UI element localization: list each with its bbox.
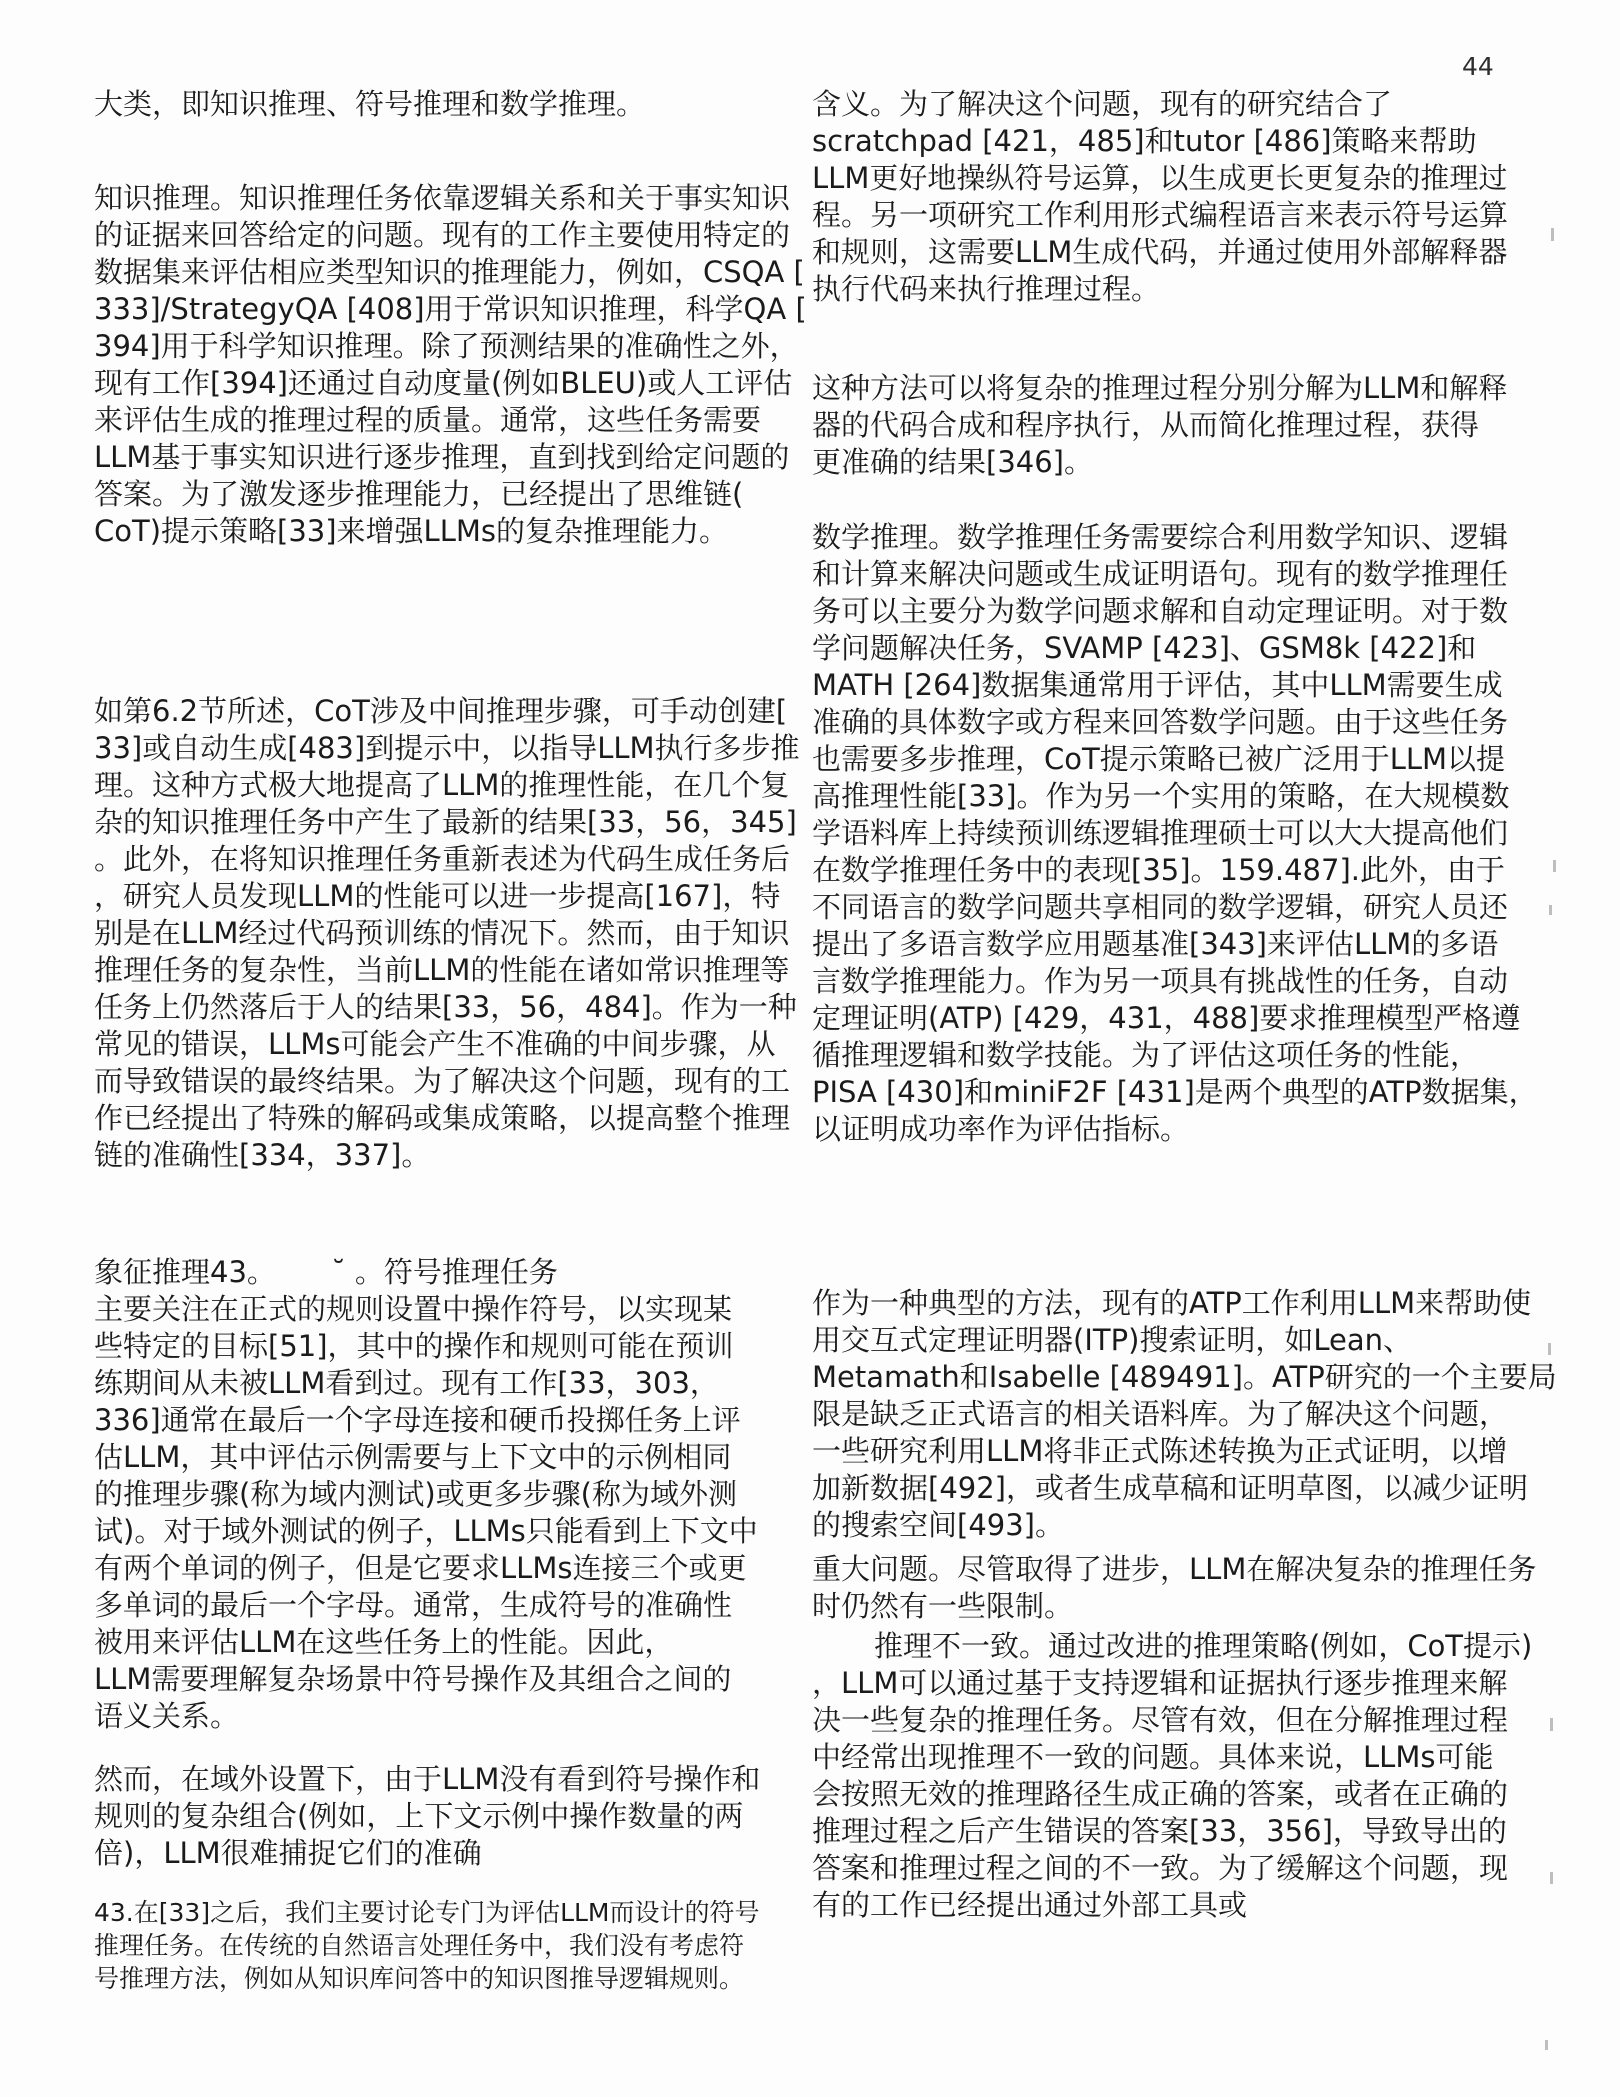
text-line: 试)。对于域外测试的例子，LLMs只能看到上下文中 xyxy=(94,1513,800,1550)
text-line: 336]通常在最后一个字母连接和硬币投掷任务上评 xyxy=(94,1402,800,1439)
paragraph-symbolic-scratchpad: 含义。为了解决这个问题，现有的研究结合了scratchpad [421，485]… xyxy=(812,86,1560,308)
text-line: 理。这种方式极大地提高了LLM的推理性能，在几个复 xyxy=(94,767,800,804)
text-line: 主要关注在正式的规则设置中操作符号，以实现某 xyxy=(94,1291,800,1328)
text-line: 加新数据[492]，或者生成草稿和证明草图，以减少证明 xyxy=(812,1470,1560,1507)
text-line: 这种方法可以将复杂的推理过程分别分解为LLM和解释 xyxy=(812,370,1560,407)
text-line: 务可以主要分为数学问题求解和自动定理证明。对于数 xyxy=(812,593,1560,630)
text-line: 394]用于科学知识推理。除了预测结果的准确性之外， xyxy=(94,328,800,365)
text-line: CoT)提示策略[33]来增强LLMs的复杂推理能力。 xyxy=(94,513,800,550)
text-line: 而导致错误的最终结果。为了解决这个问题，现有的工 xyxy=(94,1063,800,1100)
text-line: 中经常出现推理不一致的问题。具体来说，LLMs可能 xyxy=(812,1739,1560,1776)
text-line: LLM基于事实知识进行逐步推理，直到找到给定问题的 xyxy=(94,439,800,476)
text-line: 知识推理。知识推理任务依靠逻辑关系和关于事实知识 xyxy=(94,180,800,217)
text-line: 执行代码来执行推理过程。 xyxy=(812,271,1560,308)
scan-artifact xyxy=(1549,905,1552,915)
text-line: 语义关系。 xyxy=(94,1698,800,1735)
text-line: 在数学推理任务中的表现[35]。159.487].此外，由于 xyxy=(812,852,1560,889)
paragraph-symbolic-reasoning: 象征推理43。 ˘ 。符号推理任务主要关注在正式的规则设置中操作符号，以实现某些… xyxy=(94,1254,800,1735)
text-line: 链的准确性[334，337]。 xyxy=(94,1137,800,1174)
right-column: 含义。为了解决这个问题，现有的研究结合了scratchpad [421，485]… xyxy=(812,86,1560,1924)
scan-artifact xyxy=(1551,228,1554,241)
text-line: 重大问题。尽管取得了进步，LLM在解决复杂的推理任务 xyxy=(812,1551,1560,1588)
text-line: 数学推理。数学推理任务需要综合利用数学知识、逻辑 xyxy=(812,519,1560,556)
text-line: 的搜索空间[493]。 xyxy=(812,1507,1560,1544)
text-line: 答案。为了激发逐步推理能力，已经提出了思维链( xyxy=(94,476,800,513)
paragraph-major-issues: 重大问题。尽管取得了进步，LLM在解决复杂的推理任务时仍然有一些限制。 xyxy=(812,1551,1560,1625)
text-line: 也需要多步推理，CoT提示策略已被广泛用于LLM以提 xyxy=(812,741,1560,778)
scan-artifact xyxy=(1550,1718,1553,1731)
scan-artifact xyxy=(1550,1872,1553,1884)
text-line: 和计算来解决问题或生成证明语句。现有的数学推理任 xyxy=(812,556,1560,593)
text-line: 学语料库上持续预训练逻辑推理硕士可以大大提高他们 xyxy=(812,815,1560,852)
scan-artifact xyxy=(1545,2040,1548,2050)
left-column: 大类，即知识推理、符号推理和数学推理。知识推理。知识推理任务依靠逻辑关系和关于事… xyxy=(94,86,800,1995)
text-line: 一些研究利用LLM将非正式陈述转换为正式证明，以增 xyxy=(812,1433,1560,1470)
text-line: 常见的错误，LLMs可能会产生不准确的中间步骤，从 xyxy=(94,1026,800,1063)
text-line: 言数学推理能力。作为另一项具有挑战性的任务，自动 xyxy=(812,963,1560,1000)
text-line: LLM更好地操纵符号运算，以生成更长更复杂的推理过 xyxy=(812,160,1560,197)
text-line: 练期间从未被LLM看到过。现有工作[33，303， xyxy=(94,1365,800,1402)
text-line: 用交互式定理证明器(ITP)搜索证明，如Lean、 xyxy=(812,1322,1560,1359)
text-line: 推理不一致。通过改进的推理策略(例如，CoT提示) xyxy=(812,1628,1560,1665)
text-line: 杂的知识推理任务中产生了最新的结果[33，56，345] xyxy=(94,804,800,841)
text-line: ，LLM可以通过基于支持逻辑和证据执行逐步推理来解 xyxy=(812,1665,1560,1702)
text-line: 任务上仍然落后于人的结果[33，56，484]。作为一种 xyxy=(94,989,800,1026)
text-line: LLM需要理解复杂场景中符号操作及其组合之间的 xyxy=(94,1661,800,1698)
paragraph-cot-multistep-reasoning: 如第6.2节所述，CoT涉及中间推理步骤，可手动创建[33]或自动生成[483]… xyxy=(94,693,800,1174)
text-line: 象征推理43。 ˘ 。符号推理任务 xyxy=(94,1254,800,1291)
text-line: 作为一种典型的方法，现有的ATP工作利用LLM来帮助使 xyxy=(812,1285,1560,1322)
text-line: 准确的具体数字或方程来回答数学问题。由于这些任务 xyxy=(812,704,1560,741)
text-line: 含义。为了解决这个问题，现有的研究结合了 xyxy=(812,86,1560,123)
text-line: 的推理步骤(称为域内测试)或更多步骤(称为域外测 xyxy=(94,1476,800,1513)
paragraph-knowledge-reasoning: 知识推理。知识推理任务依靠逻辑关系和关于事实知识的证据来回答给定的问题。现有的工… xyxy=(94,180,800,550)
text-line: scratchpad [421，485]和tutor [486]策略来帮助 xyxy=(812,123,1560,160)
text-line: 以证明成功率作为评估指标。 xyxy=(812,1111,1560,1148)
text-line: 然而，在域外设置下，由于LLM没有看到符号操作和 xyxy=(94,1761,800,1798)
footnote-43: 43.在[33]之后，我们主要讨论专门为评估LLM而设计的符号推理任务。在传统的… xyxy=(94,1896,800,1995)
text-line: 学问题解决任务，SVAMP [423]、GSM8k [422]和 xyxy=(812,630,1560,667)
text-line: 如第6.2节所述，CoT涉及中间推理步骤，可手动创建[ xyxy=(94,693,800,730)
paragraph-math-reasoning: 数学推理。数学推理任务需要综合利用数学知识、逻辑和计算来解决问题或生成证明语句。… xyxy=(812,519,1560,1148)
text-line: 循推理逻辑和数学技能。为了评估这项任务的性能， xyxy=(812,1037,1560,1074)
text-line: 推理任务的复杂性，当前LLM的性能在诸如常识推理等 xyxy=(94,952,800,989)
page-number: 44 xyxy=(1462,52,1494,81)
text-line: 时仍然有一些限制。 xyxy=(812,1588,1560,1625)
text-line: PISA [430]和miniF2F [431]是两个典型的ATP数据集， xyxy=(812,1074,1560,1111)
text-line: 现有工作[394]还通过自动度量(例如BLEU)或人工评估 xyxy=(94,365,800,402)
text-line: 更准确的结果[346]。 xyxy=(812,444,1560,481)
text-line: 些特定的目标[51]，其中的操作和规则可能在预训 xyxy=(94,1328,800,1365)
text-line: 器的代码合成和程序执行，从而简化推理过程，获得 xyxy=(812,407,1560,444)
paper-page: 44 大类，即知识推理、符号推理和数学推理。知识推理。知识推理任务依靠逻辑关系和… xyxy=(0,0,1620,2097)
text-line: 和规则，这需要LLM生成代码，并通过使用外部解释器 xyxy=(812,234,1560,271)
text-line: 高推理性能[33]。作为另一个实用的策略，在大规模数 xyxy=(812,778,1560,815)
text-line: 答案和推理过程之间的不一致。为了缓解这个问题，现 xyxy=(812,1850,1560,1887)
text-line: 有两个单词的例子，但是它要求LLMs连接三个或更 xyxy=(94,1550,800,1587)
paragraph-out-of-domain-limitation: 然而，在域外设置下，由于LLM没有看到符号操作和规则的复杂组合(例如，上下文示例… xyxy=(94,1761,800,1872)
text-line: 不同语言的数学问题共享相同的数学逻辑，研究人员还 xyxy=(812,889,1560,926)
text-line: 估LLM，其中评估示例需要与上下文中的示例相同 xyxy=(94,1439,800,1476)
text-line: 限是缺乏正式语言的相关语料库。为了解决这个问题， xyxy=(812,1396,1560,1433)
text-line: 数据集来评估相应类型知识的推理能力，例如，CSQA [ xyxy=(94,254,800,291)
scan-artifact xyxy=(1553,860,1556,872)
text-line: 被用来评估LLM在这些任务上的性能。因此， xyxy=(94,1624,800,1661)
text-line: 定理证明(ATP) [429，431，488]要求推理模型严格遵 xyxy=(812,1000,1560,1037)
scan-artifact xyxy=(1548,1343,1551,1355)
text-line: 决一些复杂的推理任务。尽管有效，但在分解推理过程 xyxy=(812,1702,1560,1739)
text-line: 来评估生成的推理过程的质量。通常，这些任务需要 xyxy=(94,402,800,439)
text-line: 有的工作已经提出通过外部工具或 xyxy=(812,1887,1560,1924)
text-line: MATH [264]数据集通常用于评估，其中LLM需要生成 xyxy=(812,667,1560,704)
text-line: 倍)，LLM很难捕捉它们的准确 xyxy=(94,1835,800,1872)
text-line: 33]或自动生成[483]到提示中，以指导LLM执行多步推 xyxy=(94,730,800,767)
text-line: 推理过程之后产生错误的答案[33，356]，导致导出的 xyxy=(812,1813,1560,1850)
text-line: 规则的复杂组合(例如，上下文示例中操作数量的两 xyxy=(94,1798,800,1835)
paragraph-decompose-reasoning: 这种方法可以将复杂的推理过程分别分解为LLM和解释器的代码合成和程序执行，从而简… xyxy=(812,370,1560,481)
text-line: 程。另一项研究工作利用形式编程语言来表示符号运算 xyxy=(812,197,1560,234)
paragraph-category-intro: 大类，即知识推理、符号推理和数学推理。 xyxy=(94,86,800,123)
text-line: ，研究人员发现LLM的性能可以进一步提高[167]，特 xyxy=(94,878,800,915)
text-line: 的证据来回答给定的问题。现有的工作主要使用特定的 xyxy=(94,217,800,254)
text-line: 提出了多语言数学应用题基准[343]来评估LLM的多语 xyxy=(812,926,1560,963)
text-line: 号推理方法，例如从知识库问答中的知识图推导逻辑规则。 xyxy=(94,1962,800,1995)
text-line: 作已经提出了特殊的解码或集成策略，以提高整个推理 xyxy=(94,1100,800,1137)
paragraph-reasoning-inconsistency: 推理不一致。通过改进的推理策略(例如，CoT提示)，LLM可以通过基于支持逻辑和… xyxy=(812,1628,1560,1924)
text-line: 多单词的最后一个字母。通常，生成符号的准确性 xyxy=(94,1587,800,1624)
text-line: 大类，即知识推理、符号推理和数学推理。 xyxy=(94,86,800,123)
text-line: 43.在[33]之后，我们主要讨论专门为评估LLM而设计的符号 xyxy=(94,1896,800,1929)
text-line: 会按照无效的推理路径生成正确的答案，或者在正确的 xyxy=(812,1776,1560,1813)
paragraph-atp-itp-methods: 作为一种典型的方法，现有的ATP工作利用LLM来帮助使用交互式定理证明器(ITP… xyxy=(812,1285,1560,1544)
text-line: 推理任务。在传统的自然语言处理任务中，我们没有考虑符 xyxy=(94,1929,800,1962)
text-line: 别是在LLM经过代码预训练的情况下。然而，由于知识 xyxy=(94,915,800,952)
text-line: 333]/StrategyQA [408]用于常识知识推理，科学QA [ xyxy=(94,291,800,328)
text-line: Metamath和Isabelle [489491]。ATP研究的一个主要局 xyxy=(812,1359,1560,1396)
text-line: 。此外，在将知识推理任务重新表述为代码生成任务后 xyxy=(94,841,800,878)
